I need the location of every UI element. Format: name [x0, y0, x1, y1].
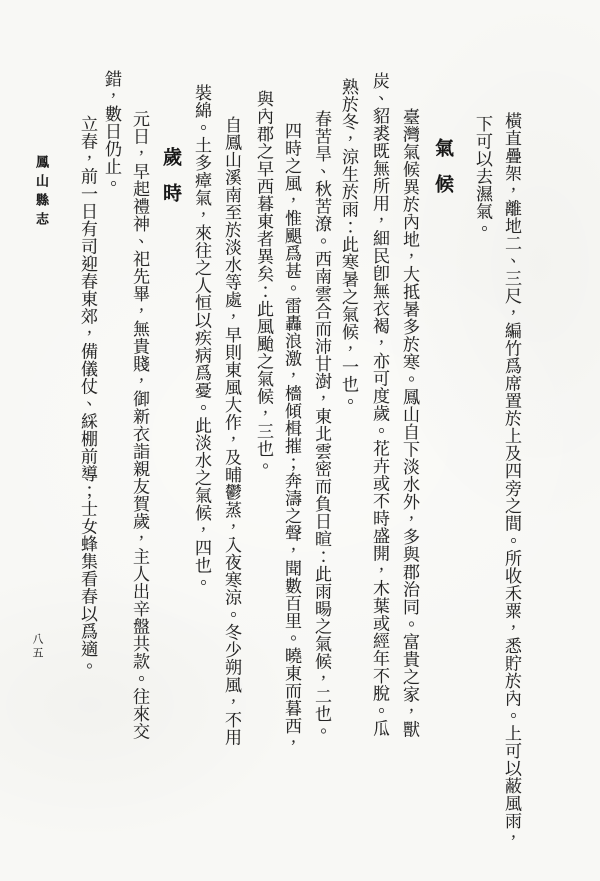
text-column: 立春，前一日有司迎春東郊，備儀仗、綵棚前導；士女蜂集看春以爲適。 [75, 115, 99, 675]
text-column: 自鳳山溪南至於淡水等處，早則東風大作，及晡鬱蒸，入夜寒涼。冬少朔風，不用 [219, 116, 243, 746]
text-column: 與內郡之早西暮東者異矣：此風颱之氣候，三也。 [251, 90, 275, 475]
section-title-climate: 氣候 [430, 138, 454, 210]
text-column: 橫直疊架，離地二、三尺，編竹爲席置於上及四旁之間。所收禾粟，悉貯於內。上可以蔽風… [499, 112, 523, 847]
text-column: 炭、貂裘既無所用，細民卽無衣褐，亦可度歲。花卉或不時盛開，木葉或經年不脫。瓜 [367, 72, 391, 737]
book-title-margin: 鳳山縣志 [29, 155, 53, 231]
text-column: 春苦旱、秋苦潦。西南雲合而沛甘澍，東北雲密而負日暄：此雨暘之氣候，二也。 [309, 110, 333, 740]
text-column: 臺灣氣候異於內地，大抵暑多於寒。鳳山自下淡水外，多與郡治同。富貴之家，獸 [397, 108, 421, 738]
text-column: 四時之風，惟颶爲甚。雷轟浪激，檣傾楫摧；奔濤之聲，聞數百里。曉東而暮西， [279, 122, 303, 752]
page-number: 八五 [25, 633, 49, 661]
text-column: 下可以去濕氣。 [470, 115, 494, 238]
text-column: 錯，數日仍止。 [99, 70, 123, 193]
section-title-seasons: 歲時 [158, 147, 182, 219]
text-column: 元日，早起禮神、祀先畢，無貴賤，御新衣詣親友賀歲，主人出辛盤共款。往來交 [127, 110, 151, 740]
scanned-book-page: 橫直疊架，離地二、三尺，編竹爲席置於上及四旁之間。所收禾粟，悉貯於內。上可以蔽風… [0, 0, 600, 881]
text-column: 熟於冬，涼生於雨：此寒暑之氣候，一也。 [336, 78, 360, 411]
text-column: 裝綿。土多瘴氣，來往之人恒以疾病爲憂。此淡水之氣候，四也。 [189, 84, 213, 592]
